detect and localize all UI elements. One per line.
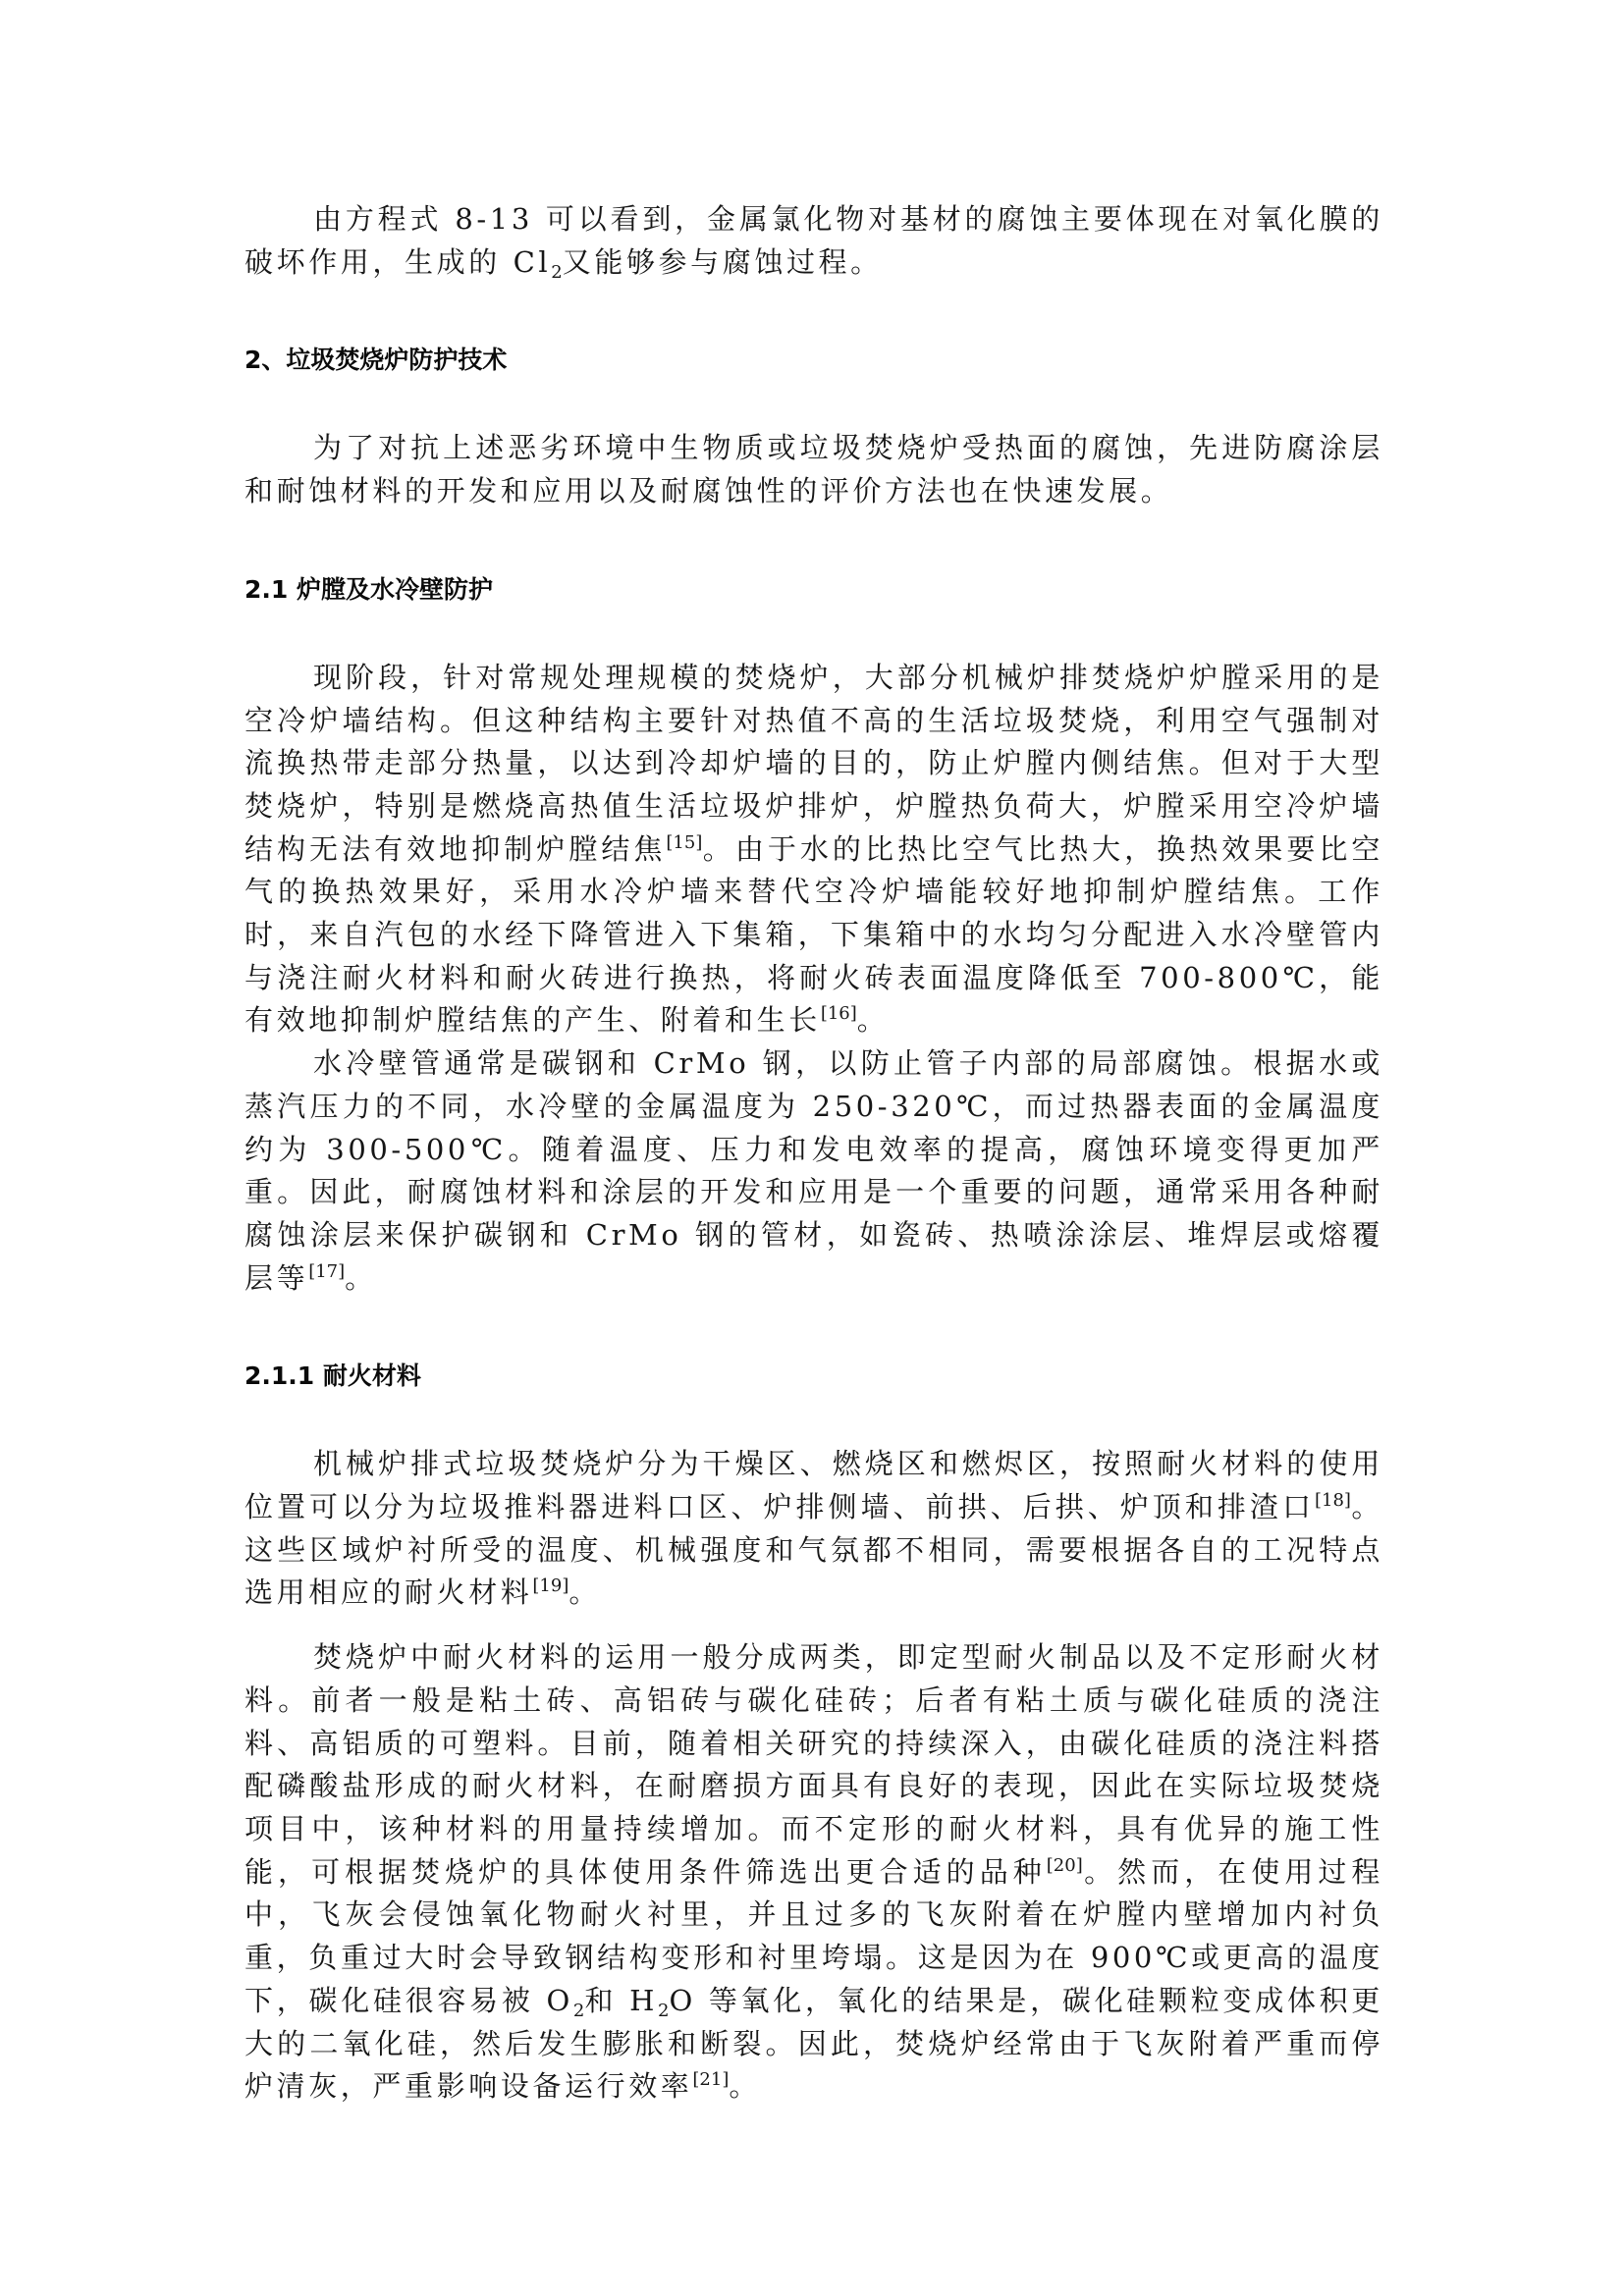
spacer	[244, 513, 1383, 570]
section-heading-2: 2、垃圾焚烧炉防护技术	[244, 341, 1383, 380]
citation-ref: [18]	[1315, 1490, 1351, 1511]
paragraph-protection-intro: 为了对抗上述恶劣环境中生物质或垃圾焚烧炉受热面的腐蚀，先进防腐涂层和耐蚀材料的开…	[244, 427, 1383, 512]
text-run: 。	[345, 1261, 377, 1295]
citation-ref: [15]	[666, 832, 702, 853]
paragraph-refractory-zones: 机械炉排式垃圾焚烧炉分为干燥区、燃烧区和燃烬区，按照耐火材料的使用位置可以分为垃…	[244, 1443, 1383, 1615]
text-run: 。	[568, 1575, 601, 1609]
spacer	[244, 284, 1383, 341]
paragraph-water-wall-tubes: 水冷壁管通常是碳钢和 CrMo 钢，以防止管子内部的局部腐蚀。根据水或蒸汽压力的…	[244, 1042, 1383, 1300]
citation-ref: [19]	[532, 1575, 568, 1596]
subscript: 2	[551, 262, 562, 283]
subscript: 2	[573, 2001, 584, 2021]
section-heading-2-1-1: 2.1.1 耐火材料	[244, 1357, 1383, 1396]
text-run: 机械炉排式垃圾焚烧炉分为干燥区、燃烧区和燃烬区，按照耐火材料的使用位置可以分为垃…	[244, 1447, 1383, 1523]
spacer	[244, 1396, 1383, 1443]
citation-ref: [21]	[692, 2069, 729, 2090]
subscript: 2	[658, 2001, 669, 2021]
citation-ref: [17]	[308, 1261, 345, 1282]
section-heading-2-1: 2.1 炉膛及水冷壁防护	[244, 570, 1383, 610]
spacer	[244, 610, 1383, 657]
citation-ref: [16]	[821, 1003, 857, 1024]
paragraph-furnace-wall: 现阶段，针对常规处理规模的焚烧炉，大部分机械炉排焚烧炉炉膛采用的是空冷炉墙结构。…	[244, 657, 1383, 1042]
document-page: 由方程式 8-13 可以看到，金属氯化物对基材的腐蚀主要体现在对氧化膜的破坏作用…	[244, 198, 1383, 2109]
text-run: 又能够参与腐蚀过程。	[563, 245, 883, 279]
paragraph-refractory-types: 焚烧炉中耐火材料的运用一般分成两类，即定型耐火制品以及不定形耐火材料。前者一般是…	[244, 1636, 1383, 2109]
text-run: 和 H	[584, 1984, 658, 2017]
text-run: 。	[857, 1003, 890, 1037]
text-run: 水冷壁管通常是碳钢和 CrMo 钢，以防止管子内部的局部腐蚀。根据水或蒸汽压力的…	[244, 1046, 1383, 1295]
spacer	[244, 1615, 1383, 1636]
text-run: 焚烧炉中耐火材料的运用一般分成两类，即定型耐火制品以及不定形耐火材料。前者一般是…	[244, 1640, 1383, 1889]
spacer	[244, 1300, 1383, 1357]
spacer	[244, 380, 1383, 427]
text-run: 。	[729, 2069, 761, 2103]
citation-ref: [20]	[1047, 1855, 1083, 1876]
paragraph-chloride-corrosion: 由方程式 8-13 可以看到，金属氯化物对基材的腐蚀主要体现在对氧化膜的破坏作用…	[244, 198, 1383, 284]
